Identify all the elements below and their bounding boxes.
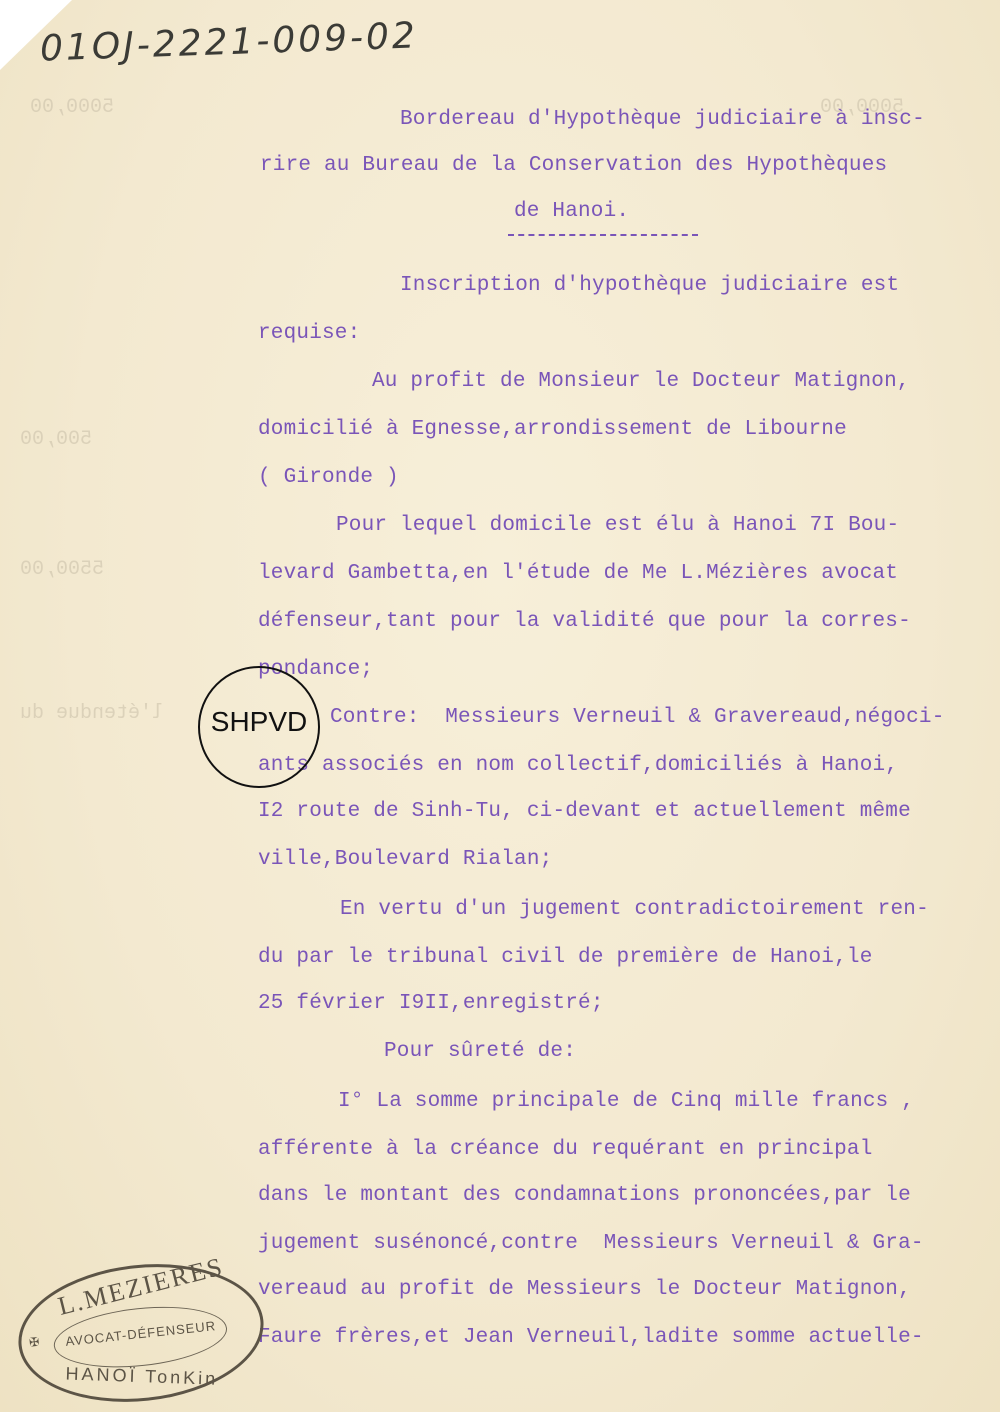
document-page: 5000,00 5000,00 500,00 5500,00 l'étendue… — [0, 0, 1000, 1412]
body-line: Pour lequel domicile est élu à Hanoi 7I … — [336, 514, 899, 537]
lawyer-oval-stamp: ✠ L.MEZIERES AVOCAT-DÉFENSEUR HANOÏ TonK… — [12, 1253, 271, 1414]
cross-icon: ✠ — [28, 1331, 40, 1352]
body-line: Contre: Messieurs Verneuil & Gravereaud,… — [330, 706, 945, 729]
title-line: rire au Bureau de la Conservation des Hy… — [260, 154, 887, 177]
title-line: de Hanoi. — [514, 200, 629, 223]
bleed-through-text: l'étendue du — [20, 702, 164, 725]
body-line: domicilié à Egnesse,arrondissement de Li… — [258, 418, 847, 441]
title-underline — [508, 234, 698, 236]
body-line: levard Gambetta,en l'étude de Me L.Méziè… — [258, 562, 898, 585]
body-line: Inscription d'hypothèque judiciaire est — [400, 274, 899, 297]
body-line: Faure frères,et Jean Verneuil,ladite som… — [258, 1326, 924, 1349]
scan-border — [0, 1412, 1000, 1424]
body-line: ville,Boulevard Rialan; — [258, 848, 552, 871]
body-line: défenseur,tant pour la validité que pour… — [258, 610, 911, 633]
body-line: afférente à la créance du requérant en p… — [258, 1138, 873, 1161]
archive-reference: 01OJ-2221-009-02 — [39, 15, 418, 69]
body-line: vereaud au profit de Messieurs le Docteu… — [258, 1278, 911, 1301]
body-line: I° La somme principale de Cinq mille fra… — [338, 1090, 914, 1113]
body-line: requise: — [258, 322, 360, 345]
body-line: Pour sûreté de: — [384, 1040, 576, 1063]
stamp-city: HANOÏ TonKin — [65, 1363, 218, 1389]
body-line: ( Gironde ) — [258, 466, 399, 489]
body-line: Au profit de Monsieur le Docteur Matigno… — [372, 370, 910, 393]
body-line: En vertu d'un jugement contradictoiremen… — [340, 898, 929, 921]
body-line: I2 route de Sinh-Tu, ci-devant et actuel… — [258, 800, 911, 823]
body-line: du par le tribunal civil de première de … — [258, 946, 873, 969]
shpvd-stamp: SHPVD — [198, 666, 320, 788]
body-line: jugement susénoncé,contre Messieurs Vern… — [258, 1232, 924, 1255]
body-line: 25 février I9II,enregistré; — [258, 992, 604, 1015]
title-line: Bordereau d'Hypothèque judiciaire à insc… — [400, 108, 925, 131]
bleed-through-amount: 500,00 — [20, 428, 92, 451]
bleed-through-amount: 5000,00 — [30, 96, 114, 119]
shpvd-stamp-label: SHPVD — [200, 706, 318, 738]
body-line: ants associés en nom collectif,domicilié… — [258, 754, 898, 777]
bleed-through-amount: 5500,00 — [20, 558, 104, 581]
body-line: dans le montant des condamnations pronon… — [258, 1184, 911, 1207]
